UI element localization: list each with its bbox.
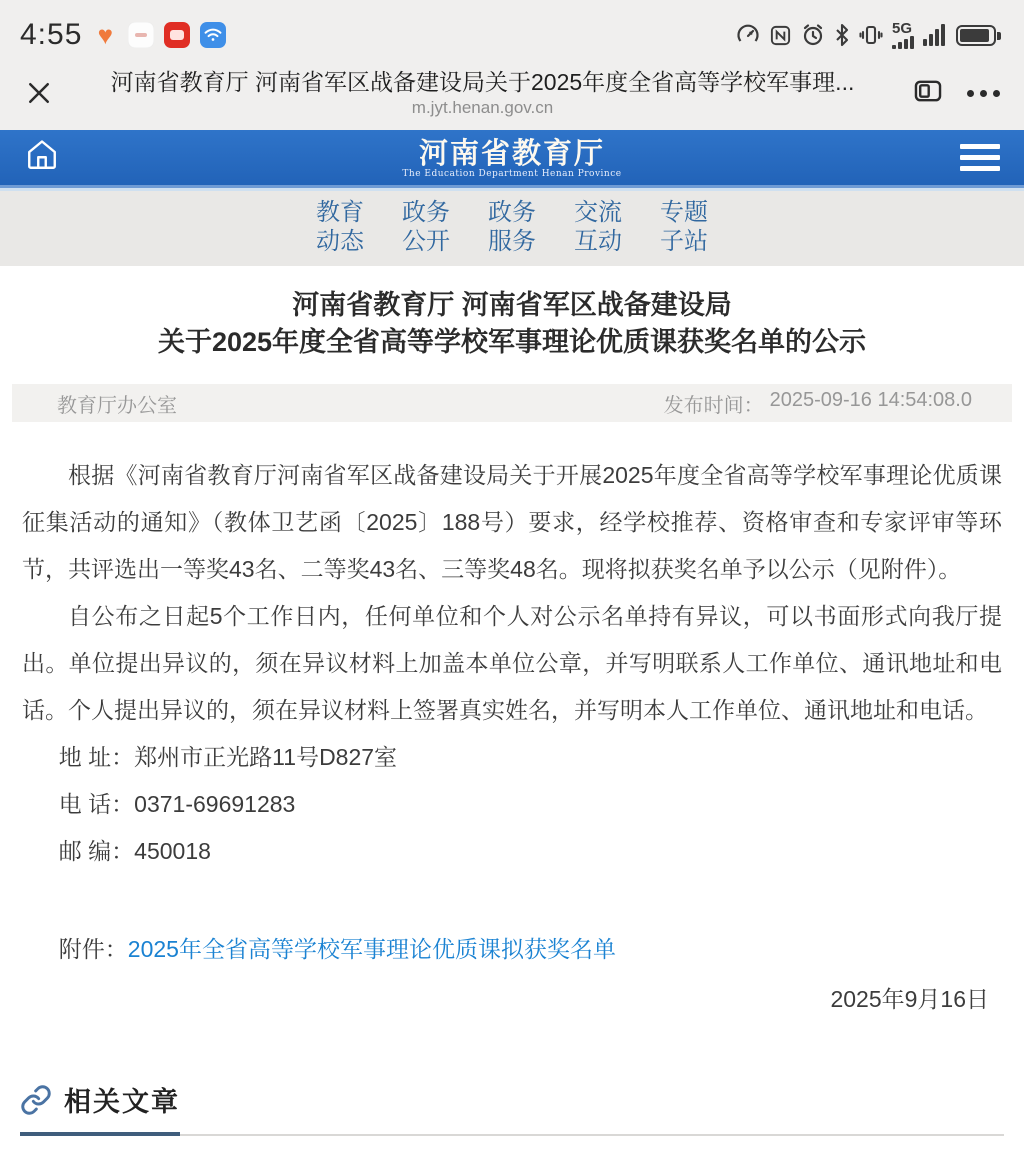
vibrate-icon	[859, 23, 883, 47]
article-meta-bar: 教育厅办公室 发布时间： 2025-09-16 14:54:08.0	[12, 384, 1012, 422]
phone-screen: 4:55 ♥	[0, 0, 1024, 1154]
signal-bars-icon	[923, 24, 945, 46]
red-app-icon	[164, 22, 190, 48]
alarm-icon	[801, 23, 825, 47]
site-nav: 教育 动态 政务 公开 政务 服务 交流 互动 专题 子站	[0, 188, 1024, 266]
data-saver-icon	[736, 23, 760, 47]
paragraph-2: 自公布之日起5个工作日内，任何单位和个人对公示名单持有异议，可以书面形式向我厅提…	[22, 593, 1002, 734]
attachment-line: 附件：2025年全省高等学校军事理论优质课拟获奖名单	[22, 926, 1002, 973]
related-articles-section: 相关文章	[20, 1080, 1004, 1136]
nav-item-interaction[interactable]: 交流 互动	[574, 198, 622, 256]
page-url: m.jyt.henan.gov.cn	[68, 97, 897, 119]
close-page-button[interactable]	[24, 78, 68, 108]
article-title: 河南省教育厅 河南省军区战备建设局 关于2025年度全省高等学校军事理论优质课获…	[0, 266, 1024, 361]
article-date: 2025年9月16日	[22, 976, 1002, 1023]
publish-time-value: 2025-09-16 14:54:08.0	[770, 389, 972, 418]
wifi-app-icon	[200, 22, 226, 48]
status-bar: 4:55 ♥	[0, 0, 1024, 62]
address-bar[interactable]: 河南省教育厅 河南省军区战备建设局关于2025年度全省高等学校军事理... m.…	[68, 67, 897, 119]
nav-item-education-news[interactable]: 教育 动态	[316, 198, 364, 256]
attachment-link[interactable]: 2025年全省高等学校军事理论优质课拟获奖名单	[128, 936, 616, 962]
link-icon	[20, 1084, 52, 1116]
clock-time: 4:55	[20, 18, 82, 52]
heart-app-icon: ♥	[92, 22, 118, 48]
battery-icon	[956, 25, 996, 46]
nav-item-gov-disclosure[interactable]: 政务 公开	[402, 198, 450, 256]
white-app-icon	[128, 22, 154, 48]
nfc-icon	[769, 24, 792, 47]
contact-postcode: 邮 编：450018	[22, 828, 1002, 875]
bluetooth-icon	[834, 23, 850, 47]
hamburger-menu-button[interactable]	[960, 144, 1000, 171]
publish-time-label: 发布时间：	[664, 389, 764, 418]
related-articles-header: 相关文章	[20, 1080, 180, 1136]
signal-icon: 5G	[892, 22, 914, 49]
page-title-text: 河南省教育厅 河南省军区战备建设局关于2025年度全省高等学校军事理...	[68, 67, 897, 97]
site-subtitle: The Education Department Henan Province	[402, 169, 621, 179]
contact-address: 地 址：郑州市正光路11号D827室	[22, 734, 1002, 781]
browser-toolbar: 河南省教育厅 河南省军区战备建设局关于2025年度全省高等学校军事理... m.…	[0, 62, 1024, 130]
more-menu-button[interactable]	[967, 90, 1000, 97]
article-content: 河南省教育厅 河南省军区战备建设局 关于2025年度全省高等学校军事理论优质课获…	[0, 266, 1024, 1136]
related-articles-title: 相关文章	[64, 1080, 180, 1119]
contact-phone: 电 话：0371-69691283	[22, 781, 1002, 828]
attachment-label: 附件：	[59, 936, 128, 962]
article-source: 教育厅办公室	[57, 389, 177, 418]
nav-item-gov-services[interactable]: 政务 服务	[488, 198, 536, 256]
nav-item-special-sites[interactable]: 专题 子站	[660, 198, 708, 256]
home-button[interactable]	[24, 137, 60, 178]
site-title: 河南省教育厅	[419, 137, 605, 169]
tabs-button[interactable]	[911, 74, 945, 113]
network-type-label: 5G	[892, 22, 912, 35]
paragraph-1: 根据《河南省教育厅河南省军区战备建设局关于开展2025年度全省高等学校军事理论优…	[22, 452, 1002, 593]
site-header: 河南省教育厅 The Education Department Henan Pr…	[0, 130, 1024, 188]
